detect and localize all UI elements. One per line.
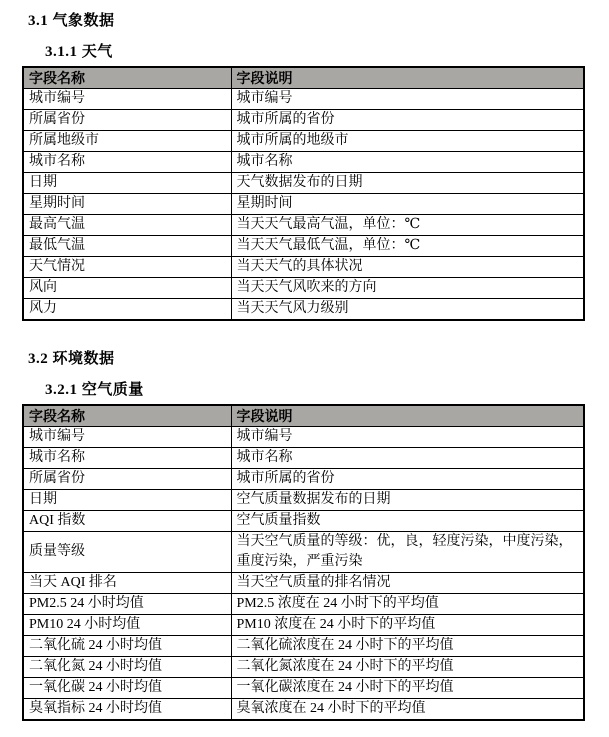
field-desc-cell: 当天天气风吹来的方向 <box>231 278 584 299</box>
field-name-cell: 城市编号 <box>23 427 231 448</box>
section-weather-data: 3.1 气象数据 3.1.1 天气 字段名称 字段说明 城市编号 城市编号 所属… <box>0 0 609 321</box>
field-name-cell: PM2.5 24 小时均值 <box>23 594 231 615</box>
field-desc-cell: 当天天气最低气温，单位：℃ <box>231 236 584 257</box>
field-desc-cell: 星期时间 <box>231 194 584 215</box>
table-row: 风力 当天天气风力级别 <box>23 299 584 321</box>
field-desc-cell: 空气质量指数 <box>231 511 584 532</box>
table-row: 所属省份 城市所属的省份 <box>23 110 584 131</box>
table-row: PM10 24 小时均值 PM10 浓度在 24 小时下的平均值 <box>23 615 584 636</box>
table-row: 质量等级 当天空气质量的等级：优，良，轻度污染，中度污染，重度污染，严重污染 <box>23 532 584 573</box>
field-desc-cell: 城市编号 <box>231 427 584 448</box>
document-page: 3.1 气象数据 3.1.1 天气 字段名称 字段说明 城市编号 城市编号 所属… <box>0 0 609 737</box>
field-desc-cell: PM10 浓度在 24 小时下的平均值 <box>231 615 584 636</box>
section-heading: 3.2 环境数据 <box>28 321 609 368</box>
table-row: 臭氧指标 24 小时均值 臭氧浓度在 24 小时下的平均值 <box>23 699 584 721</box>
table-row: 城市名称 城市名称 <box>23 448 584 469</box>
field-name-cell: 所属省份 <box>23 469 231 490</box>
section-subheading: 3.1.1 天气 <box>45 40 609 61</box>
column-header-field-name: 字段名称 <box>23 67 231 89</box>
table-row: 城市名称 城市名称 <box>23 152 584 173</box>
field-desc-cell: 城市所属的省份 <box>231 469 584 490</box>
field-name-cell: 日期 <box>23 490 231 511</box>
field-name-cell: 最高气温 <box>23 215 231 236</box>
column-header-field-name: 字段名称 <box>23 405 231 427</box>
table-row: 城市编号 城市编号 <box>23 89 584 110</box>
field-name-cell: 日期 <box>23 173 231 194</box>
table-row: 最低气温 当天天气最低气温，单位：℃ <box>23 236 584 257</box>
table-row: 当天 AQI 排名 当天空气质量的排名情况 <box>23 573 584 594</box>
weather-fields-table: 字段名称 字段说明 城市编号 城市编号 所属省份 城市所属的省份 所属地级市 城… <box>22 66 585 321</box>
field-name-cell: 风力 <box>23 299 231 321</box>
field-name-cell: 城市名称 <box>23 448 231 469</box>
table-header-row: 字段名称 字段说明 <box>23 67 584 89</box>
table-row: 城市编号 城市编号 <box>23 427 584 448</box>
table-row: 天气情况 当天天气的具体状况 <box>23 257 584 278</box>
field-desc-cell: 当天天气风力级别 <box>231 299 584 321</box>
field-desc-cell: 当天天气的具体状况 <box>231 257 584 278</box>
field-desc-cell: 天气数据发布的日期 <box>231 173 584 194</box>
table-row: 日期 天气数据发布的日期 <box>23 173 584 194</box>
column-header-field-desc: 字段说明 <box>231 405 584 427</box>
field-desc-cell: 空气质量数据发布的日期 <box>231 490 584 511</box>
field-name-cell: 风向 <box>23 278 231 299</box>
field-name-cell: 所属地级市 <box>23 131 231 152</box>
field-name-cell: 一氧化碳 24 小时均值 <box>23 678 231 699</box>
field-name-cell: 臭氧指标 24 小时均值 <box>23 699 231 721</box>
table-row: 一氧化碳 24 小时均值 一氧化碳浓度在 24 小时下的平均值 <box>23 678 584 699</box>
field-name-cell: 二氧化硫 24 小时均值 <box>23 636 231 657</box>
table-row: 星期时间 星期时间 <box>23 194 584 215</box>
table-row: AQI 指数 空气质量指数 <box>23 511 584 532</box>
field-desc-cell: 当天空气质量的排名情况 <box>231 573 584 594</box>
column-header-field-desc: 字段说明 <box>231 67 584 89</box>
field-name-cell: 城市编号 <box>23 89 231 110</box>
field-desc-cell: 城市所属的省份 <box>231 110 584 131</box>
field-desc-cell: 城市名称 <box>231 152 584 173</box>
air-quality-fields-table: 字段名称 字段说明 城市编号 城市编号 城市名称 城市名称 所属省份 城市所属的… <box>22 404 585 721</box>
table-row: 所属省份 城市所属的省份 <box>23 469 584 490</box>
table-row: 所属地级市 城市所属的地级市 <box>23 131 584 152</box>
table-row: 最高气温 当天天气最高气温，单位：℃ <box>23 215 584 236</box>
field-desc-cell: 当天空气质量的等级：优，良，轻度污染，中度污染，重度污染，严重污染 <box>231 532 584 573</box>
field-name-cell: 最低气温 <box>23 236 231 257</box>
field-desc-cell: 二氧化硫浓度在 24 小时下的平均值 <box>231 636 584 657</box>
field-desc-cell: 城市编号 <box>231 89 584 110</box>
field-desc-cell: 城市所属的地级市 <box>231 131 584 152</box>
field-desc-cell: 当天天气最高气温，单位：℃ <box>231 215 584 236</box>
field-name-cell: 质量等级 <box>23 532 231 573</box>
table-row: 风向 当天天气风吹来的方向 <box>23 278 584 299</box>
field-name-cell: 当天 AQI 排名 <box>23 573 231 594</box>
section-heading: 3.1 气象数据 <box>28 0 609 30</box>
table-row: 二氧化氮 24 小时均值 二氧化氮浓度在 24 小时下的平均值 <box>23 657 584 678</box>
field-desc-cell: 二氧化氮浓度在 24 小时下的平均值 <box>231 657 584 678</box>
field-name-cell: 星期时间 <box>23 194 231 215</box>
section-environment-data: 3.2 环境数据 3.2.1 空气质量 字段名称 字段说明 城市编号 城市编号 … <box>0 321 609 721</box>
table-row: 二氧化硫 24 小时均值 二氧化硫浓度在 24 小时下的平均值 <box>23 636 584 657</box>
section-subheading: 3.2.1 空气质量 <box>45 378 609 399</box>
table-header-row: 字段名称 字段说明 <box>23 405 584 427</box>
field-name-cell: PM10 24 小时均值 <box>23 615 231 636</box>
field-name-cell: 天气情况 <box>23 257 231 278</box>
field-desc-cell: 臭氧浓度在 24 小时下的平均值 <box>231 699 584 721</box>
table-row: 日期 空气质量数据发布的日期 <box>23 490 584 511</box>
field-name-cell: AQI 指数 <box>23 511 231 532</box>
field-desc-cell: 城市名称 <box>231 448 584 469</box>
field-desc-cell: 一氧化碳浓度在 24 小时下的平均值 <box>231 678 584 699</box>
field-name-cell: 城市名称 <box>23 152 231 173</box>
table-row: PM2.5 24 小时均值 PM2.5 浓度在 24 小时下的平均值 <box>23 594 584 615</box>
field-name-cell: 所属省份 <box>23 110 231 131</box>
field-name-cell: 二氧化氮 24 小时均值 <box>23 657 231 678</box>
field-desc-cell: PM2.5 浓度在 24 小时下的平均值 <box>231 594 584 615</box>
